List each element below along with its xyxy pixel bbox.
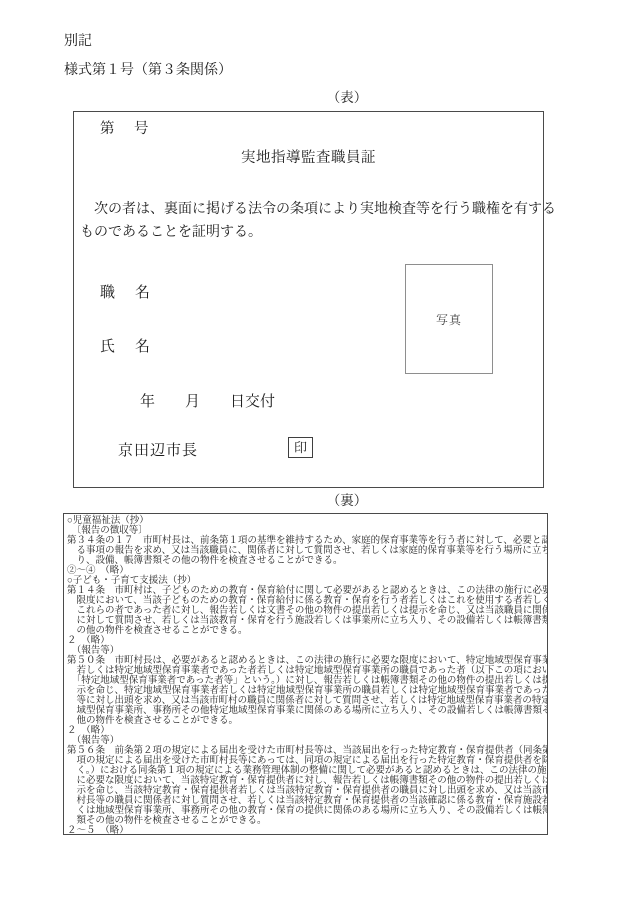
text-line: 他の物件を検査させることができる。 [67, 716, 544, 726]
text-line: り、設備、帳簿書類その他の物件を検査させることができる。 [67, 556, 544, 566]
text-line: 「特定地域型保育事業者であった者等」という。）に対し、報告若しくは帳簿書類その他… [67, 676, 544, 686]
text-line: ○子ども・子育て支援法（抄） [67, 576, 544, 586]
text-line: 〔報告の徴収等〕 [67, 526, 544, 536]
text-line: （報告等） [67, 736, 544, 746]
front-side-label: （表） [73, 86, 621, 106]
text-line: これらの者であった者に対し、報告若しくは文書その他の物件の提出若しくは提示を命じ… [67, 606, 544, 616]
text-line: （報告等） [67, 646, 544, 656]
text-line: ②～④ （略） [67, 566, 544, 576]
text-line: ２～５ （略） [67, 826, 544, 835]
text-line: く。）における同条第１項の規定による業務管理体制の整備に関して必要があると認める… [67, 766, 544, 776]
text-line: ２ （略） [67, 726, 544, 736]
job-title-label: 職 名 [100, 281, 153, 302]
name-label: 氏 名 [100, 335, 153, 356]
text-line: の他の物件を検査させることができる。 [67, 626, 544, 636]
text-line: 第５０条 市町村長は、必要があると認めるときは、この法律の施行に必要な限度におい… [67, 656, 544, 666]
document-page: { "page": { "note_top": "別記", "form_titl… [0, 0, 630, 903]
text-line: に必要な限度において、当該特定教育・保育提供者に対し、報告若しくは帳簿書類その他… [67, 776, 544, 786]
id-card-front: 第 号 実地指導監査職員証 次の者は、裏面に掲げる法令の条項により実地検査等を行… [73, 111, 544, 488]
id-card-back-statutes: ○児童福祉法（抄） 〔報告の徴収等〕第３４条の１７ 市町村長は、前条第１項の基準… [63, 513, 548, 835]
text-line: 若しくは特定地域型保育事業者であった者若しくは特定地域型保育事業所の職員であった… [67, 666, 544, 676]
text-line: 第１４条 市町村は、子どものための教育・保育給付に関して必要があると認めるときは… [67, 586, 544, 596]
text-line: る事項の報告を求め、又は当該職員に、関係者に対して質問させ、若しくは家庭的保育事… [67, 546, 544, 556]
text-line: 等に対し出頭を求め、又は当該市町村の職員に関係者に対して質問させ、若しくは特定地… [67, 696, 544, 706]
official-seal-box: 印 [288, 437, 313, 458]
text-line: に対して質問させ、若しくは当該教育・保育を行う施設若しくは事業所に立ち入り、その… [67, 616, 544, 626]
text-line: 限度において、当該子どものための教育・保育給付に係る教育・保育を行う者若しくはこ… [67, 596, 544, 606]
certificate-number-line: 第 号 [100, 117, 151, 138]
text-line: ２ （略） [67, 636, 544, 646]
text-line: 類その他の物件を検査させることができる。 [67, 816, 544, 826]
certificate-statement: 次の者は、裏面に掲げる法令の条項により実地検査等を行う職権を有するものであること… [80, 198, 538, 244]
text-line: 次の者は、裏面に掲げる法令の条項により実地検査等を行う職権を有する [80, 198, 538, 221]
photo-placeholder-box: 写真 [405, 264, 493, 374]
text-line: ○児童福祉法（抄） [67, 516, 544, 526]
text-line: ものであることを証明する。 [80, 221, 538, 244]
text-line: 第３４条の１７ 市町村長は、前条第１項の基準を維持するため、家庭的保育事業等を行… [67, 536, 544, 546]
text-line: 項の規定による届出を受けた市町村長等にあっては、同項の規定による届出を行った特定… [67, 756, 544, 766]
text-line: 第５６条 前条第２項の規定による届出を受けた市町村長等は、当該届出を行った特定教… [67, 746, 544, 756]
text-line: 示を命じ、当該特定教育・保育提供者若しくは当該特定教育・保育提供者の職員に対し出… [67, 786, 544, 796]
text-line: 村長等の職員に関係者に対し質問させ、若しくは当該特定教育・保育提供者の当該確認に… [67, 796, 544, 806]
text-line: 示を命じ、特定地域型保育事業者若しくは特定地域型保育事業所の職員若しくは特定地域… [67, 686, 544, 696]
certificate-title: 実地指導監査職員証 [74, 146, 543, 167]
text-line: くは地域型保育事業所、事務所その他の教育・保育の提供に関係のある場所に立ち入り、… [67, 806, 544, 816]
back-side-label: （裏） [73, 489, 621, 509]
photo-placeholder-label: 写真 [436, 311, 462, 328]
text-line: 域型保育事業所、事務所その他特定地域型保育事業に関係のある場所に立ち入り、その設… [67, 706, 544, 716]
issuer-mayor-label: 京田辺市長 [118, 439, 198, 460]
issue-date-line: 年 月 日交付 [140, 390, 275, 411]
appendix-note: 別記 [64, 30, 92, 50]
form-number-title: 様式第１号（第３条関係） [64, 59, 232, 79]
